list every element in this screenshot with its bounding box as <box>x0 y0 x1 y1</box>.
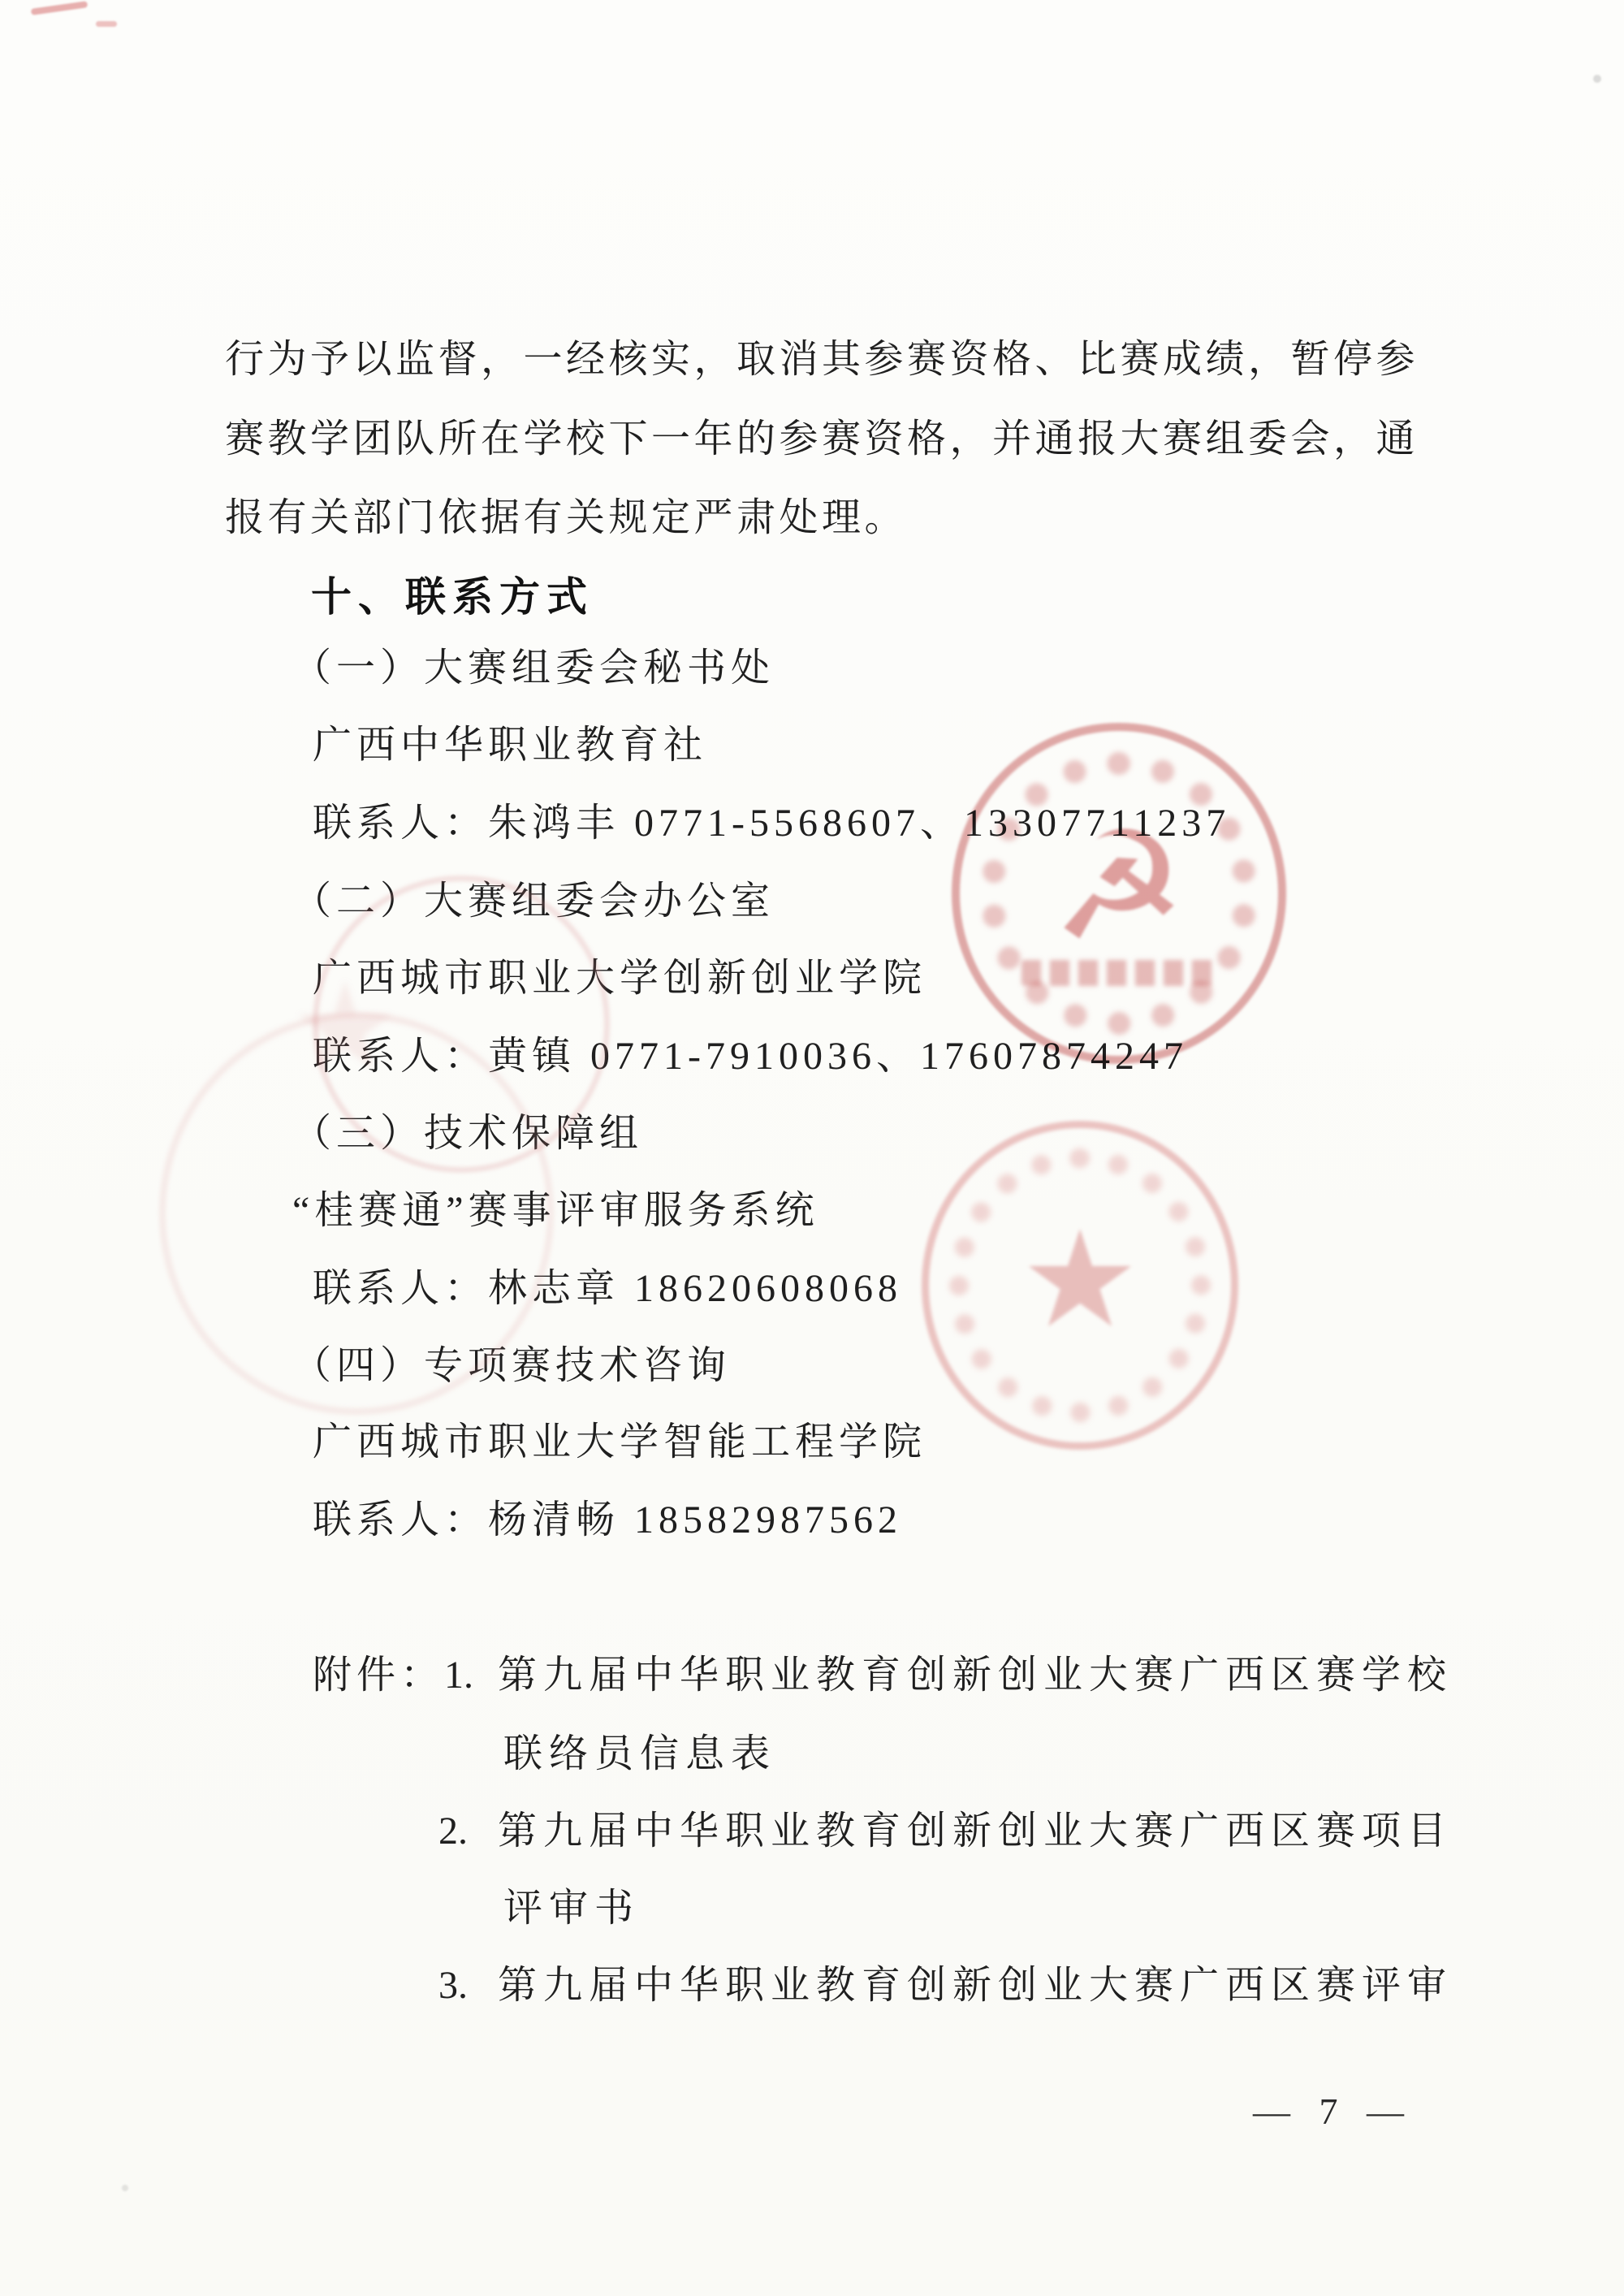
attachment-1-title-line-2: 联络员信息表 <box>503 1730 776 1779</box>
star-seal-arc-text-illegible <box>949 1148 1211 1422</box>
contact-group-1-person-phone: 联系人：朱鸿丰 0771-5568607、13307711237 <box>313 799 1230 848</box>
contact-group-3-person-phone: 联系人：林志章 18620608068 <box>313 1265 902 1313</box>
attachment-2-title-line-2: 评审书 <box>503 1884 640 1933</box>
contact-group-4-label: （四）专项赛技术咨询 <box>292 1342 731 1390</box>
paragraph-line-3: 报有关部门依据有关规定严肃处理。 <box>225 494 907 543</box>
paragraph-line-1: 行为予以监督，一经核实，取消其参赛资格、比赛成绩，暂停参 <box>225 335 1419 384</box>
scan-speck <box>122 2185 128 2191</box>
contact-group-4-person-phone: 联系人：杨清畅 18582987562 <box>313 1496 902 1545</box>
contact-group-3-label: （三）技术保障组 <box>292 1109 643 1158</box>
page-number: — 7 — <box>1253 2087 1414 2136</box>
contact-group-3-org: “桂赛通”赛事评审服务系统 <box>292 1187 819 1235</box>
scan-speck <box>96 21 117 27</box>
attachment-2-number: 2. <box>438 1807 468 1856</box>
scan-speck <box>31 1 88 15</box>
section-heading-contact-info: 十、联系方式 <box>311 573 594 621</box>
contact-group-1-org: 广西中华职业教育社 <box>313 721 707 770</box>
star-seal-stamp: ★ <box>922 1121 1238 1450</box>
attachment-3-title-line-1: 第九届中华职业教育创新创业大赛广西区赛评审 <box>498 1961 1453 2010</box>
contact-group-4-org: 广西城市职业大学智能工程学院 <box>313 1418 926 1467</box>
attachment-1-number: 1. <box>444 1651 473 1700</box>
contact-group-1-label: （一）大赛组委会秘书处 <box>292 644 775 693</box>
star-icon: ★ <box>1020 1201 1140 1357</box>
attachment-2-title-line-1: 第九届中华职业教育创新创业大赛广西区赛项目 <box>498 1807 1453 1856</box>
party-seal-stamp: ☭ <box>952 723 1286 1064</box>
star-seal-ring <box>922 1121 1238 1450</box>
party-seal-arc-text-illegible <box>981 752 1257 1035</box>
attachment-1-title-line-1: 第九届中华职业教育创新创业大赛广西区赛学校 <box>498 1651 1453 1700</box>
paragraph-line-2: 赛教学团队所在学校下一年的参赛资格，并通报大赛组委会，通 <box>225 415 1419 464</box>
scanned-document-page: 行为予以监督，一经核实，取消其参赛资格、比赛成绩，暂停参 赛教学团队所在学校下一… <box>0 0 1624 2296</box>
party-seal-bottom-text-illegible <box>1021 960 1220 986</box>
contact-group-2-label: （二）大赛组委会办公室 <box>292 877 775 926</box>
attachment-3-number: 3. <box>438 1961 468 2010</box>
party-seal-ring <box>952 723 1286 1064</box>
attachments-label: 附件： <box>313 1651 444 1700</box>
scan-speck <box>1593 75 1601 83</box>
contact-group-2-org: 广西城市职业大学创新创业学院 <box>313 954 926 1003</box>
contact-group-2-person-phone: 联系人：黄镇 0771-7910036、17607874247 <box>313 1032 1188 1081</box>
